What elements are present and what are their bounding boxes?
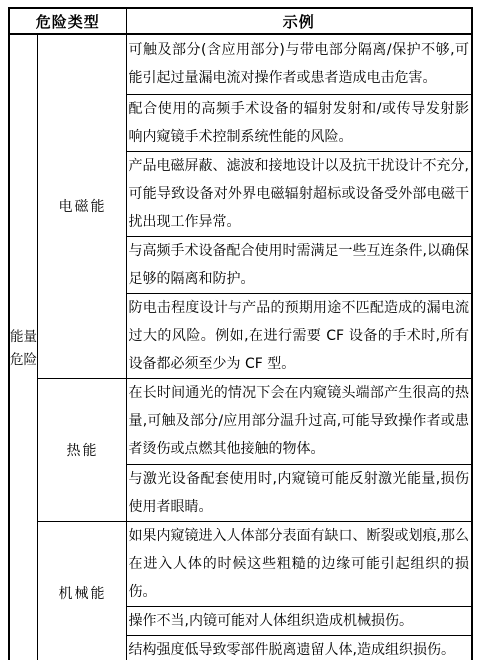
example-cell: 防电击程度设计与产品的预期用途不匹配造成的漏电流过大的风险。例如,在进行需要 C… (126, 293, 472, 378)
example-cell: 可触及部分(含应用部分)与带电部分隔离/保护不够,可能引起过量漏电流对操作者或患… (126, 34, 472, 94)
group-cell-thermal: 热能 (37, 378, 126, 521)
table-row: 热能 在长时间通光的情况下会在内窥镜头端部产生很高的热量,可触及部分/应用部分温… (9, 378, 472, 464)
example-cell: 配合使用的高频手术设备的辐射发射和/或传导发射影响内窥镜手术控制系统性能的风险。 (126, 94, 472, 151)
table-row: 能量危险 电磁能 可触及部分(含应用部分)与带电部分隔离/保护不够,可能引起过量… (9, 34, 472, 94)
example-cell: 在长时间通光的情况下会在内窥镜头端部产生很高的热量,可触及部分/应用部分温升过高… (126, 378, 472, 464)
example-cell: 与激光设备配套使用时,内窥镜可能反射激光能量,损伤使用者眼睛。 (126, 464, 472, 521)
table-row: 机械能 如果内窥镜进入人体部分表面有缺口、断裂或划痕,那么在进入人体的时候这些粗… (9, 521, 472, 606)
example-cell: 操作不当,内镜可能对人体组织造成机械损伤。 (126, 606, 472, 635)
risk-table: 危险类型 示例 能量危险 电磁能 可触及部分(含应用部分)与带电部分隔离/保护不… (8, 7, 473, 660)
example-cell: 与高频手术设备配合使用时需满足一些互连条件,以确保足够的隔离和防护。 (126, 236, 472, 293)
document-page: 危险类型 示例 能量危险 电磁能 可触及部分(含应用部分)与带电部分隔离/保护不… (0, 0, 480, 660)
example-cell: 产品电磁屏蔽、滤波和接地设计以及抗干扰设计不充分,可能导致设备对外界电磁辐射超标… (126, 151, 472, 236)
header-example: 示例 (126, 8, 472, 34)
table-header-row: 危险类型 示例 (9, 8, 472, 34)
category-label: 能量危险 (10, 326, 37, 372)
header-risk-type: 危险类型 (9, 8, 126, 34)
group-cell-mechanical: 机械能 (37, 521, 126, 660)
group-cell-electromagnetic: 电磁能 (37, 34, 126, 378)
category-cell-energy-hazard: 能量危险 (9, 34, 37, 660)
example-cell: 如果内窥镜进入人体部分表面有缺口、断裂或划痕,那么在进入人体的时候这些粗糙的边缘… (126, 521, 472, 606)
example-cell: 结构强度低导致零部件脱离遗留人体,造成组织损伤。 (126, 635, 472, 660)
